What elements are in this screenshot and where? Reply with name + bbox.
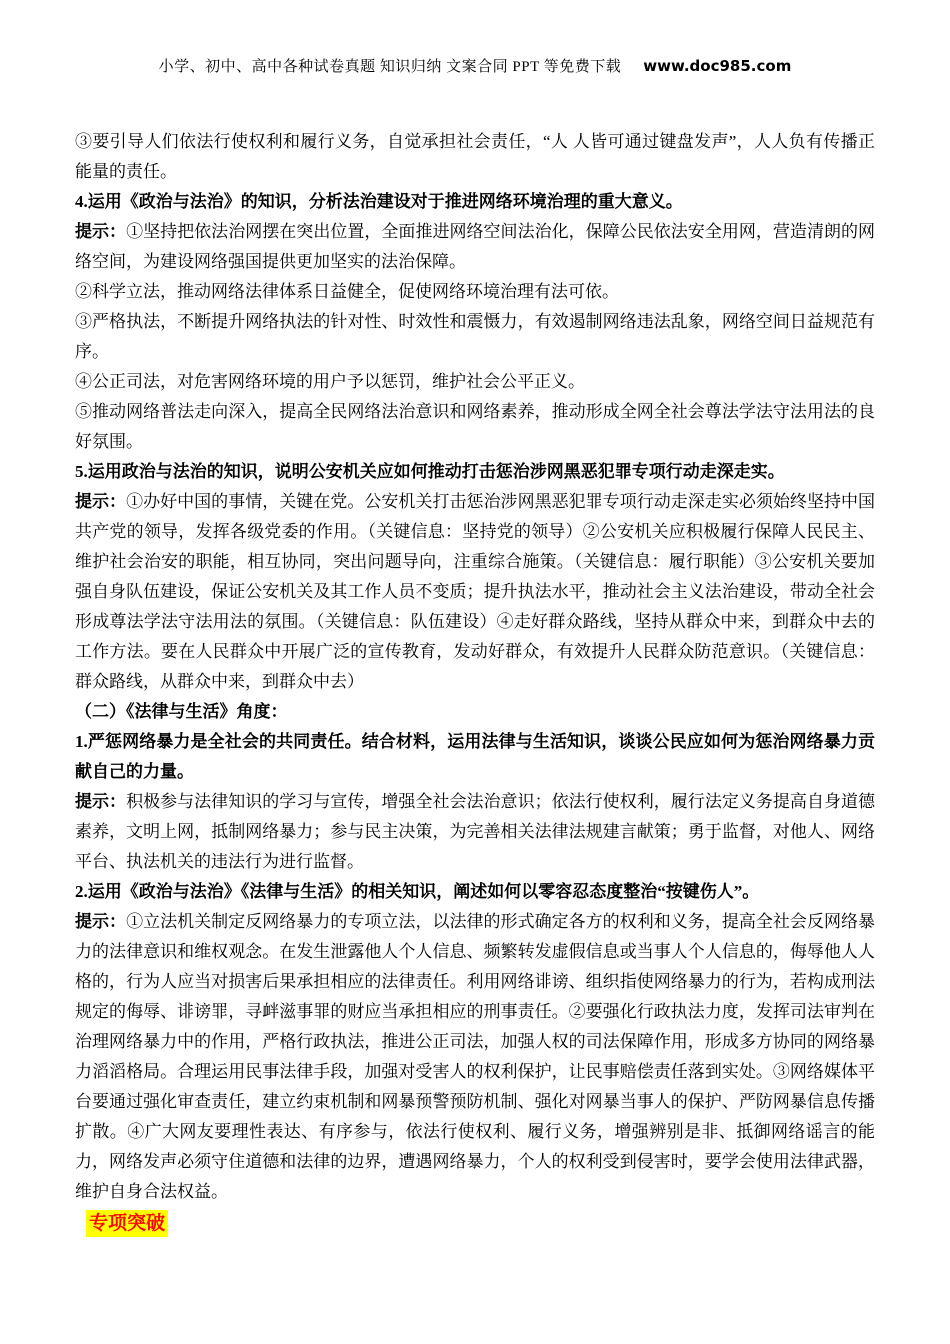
- section-2-heading: （二）《法律与生活》角度：: [75, 697, 875, 727]
- paragraph-text: ④公正司法，对危害网络环境的用户予以惩罚，维护社会公平正义。: [75, 372, 585, 391]
- page-header: 小学、初中、高中各种试卷真题 知识归纳 文案合同 PPT 等免费下载www.do…: [0, 0, 950, 77]
- question-5-hint: 提示：①办好中国的事情，关键在党。公安机关打击惩治涉网黑恶犯罪专项行动走深走实必…: [75, 487, 875, 697]
- paragraph-text: ③要引导人们依法行使权利和履行义务，自觉承担社会责任，“人 人皆可通过键盘发声”…: [75, 132, 875, 181]
- hint-label: 提示：: [75, 222, 126, 241]
- question-4-title: 4.运用《政治与法治》的知识，分析法治建设对于推进网络环境治理的重大意义。: [75, 187, 875, 217]
- paragraph-text: ①立法机关制定反网络暴力的专项立法，以法律的形式确定各方的权利和义务，提高全社会…: [75, 912, 875, 1201]
- paragraph-text: 2.运用《政治与法治》《法律与生活》的相关知识，阐述如何以零容忍态度整治“按键伤…: [75, 882, 759, 901]
- question-4-hint-point-2: ②科学立法，推动网络法律体系日益健全，促使网络环境治理有法可依。: [75, 277, 875, 307]
- paragraph-text: ③严格执法，不断提升网络执法的针对性、时效性和震慑力，有效遏制网络违法乱象，网络…: [75, 312, 875, 361]
- special-breakthrough-row: 专项突破: [75, 1209, 875, 1239]
- question-4-hint-point-3: ③严格执法，不断提升网络执法的针对性、时效性和震慑力，有效遏制网络违法乱象，网络…: [75, 307, 875, 367]
- document-body: ③要引导人们依法行使权利和履行义务，自觉承担社会责任，“人 人皆可通过键盘发声”…: [75, 127, 875, 1239]
- answer-point-3-continued: ③要引导人们依法行使权利和履行义务，自觉承担社会责任，“人 人皆可通过键盘发声”…: [75, 127, 875, 187]
- hint-label: 提示：: [75, 792, 126, 811]
- paragraph-text: （二）《法律与生活》角度：: [75, 702, 288, 721]
- section2-question-1-hint: 提示：积极参与法律知识的学习与宣传，增强全社会法治意识；依法行使权利，履行法定义…: [75, 787, 875, 877]
- paragraph-text: ⑤推动网络普法走向深入，提高全民网络法治意识和网络素养，推动形成全网全社会尊法学…: [75, 402, 875, 451]
- paragraph-text: 积极参与法律知识的学习与宣传，增强全社会法治意识；依法行使权利，履行法定义务提高…: [75, 792, 875, 871]
- paragraph-text: 4.运用《政治与法治》的知识，分析法治建设对于推进网络环境治理的重大意义。: [75, 192, 683, 211]
- paragraph-text: 5.运用政治与法治的知识，说明公安机关应如何推动打击惩治涉网黑恶犯罪专项行动走深…: [75, 462, 785, 481]
- question-4-hint-point-5: ⑤推动网络普法走向深入，提高全民网络法治意识和网络素养，推动形成全网全社会尊法学…: [75, 397, 875, 457]
- header-site-url: www.doc985.com: [643, 57, 791, 75]
- paragraph-text: 1.严惩网络暴力是全社会的共同责任。结合材料，运用法律与生活知识，谈谈公民应如何…: [75, 732, 875, 781]
- hint-label: 提示：: [75, 492, 126, 511]
- section2-question-1-title: 1.严惩网络暴力是全社会的共同责任。结合材料，运用法律与生活知识，谈谈公民应如何…: [75, 727, 875, 787]
- question-5-title: 5.运用政治与法治的知识，说明公安机关应如何推动打击惩治涉网黑恶犯罪专项行动走深…: [75, 457, 875, 487]
- paragraph-text: ①坚持把依法治网摆在突出位置，全面推进网络空间法治化，保障公民依法安全用网，营造…: [75, 222, 875, 271]
- header-promo-text: 小学、初中、高中各种试卷真题 知识归纳 文案合同 PPT 等免费下载: [159, 59, 622, 75]
- hint-label: 提示：: [75, 912, 126, 931]
- question-4-hint-point-4: ④公正司法，对危害网络环境的用户予以惩罚，维护社会公平正义。: [75, 367, 875, 397]
- section2-question-2-title: 2.运用《政治与法治》《法律与生活》的相关知识，阐述如何以零容忍态度整治“按键伤…: [75, 877, 875, 907]
- paragraph-text: ①办好中国的事情，关键在党。公安机关打击惩治涉网黑恶犯罪专项行动走深走实必须始终…: [75, 492, 875, 691]
- question-4-hint: 提示：①坚持把依法治网摆在突出位置，全面推进网络空间法治化，保障公民依法安全用网…: [75, 217, 875, 277]
- document-page: 小学、初中、高中各种试卷真题 知识归纳 文案合同 PPT 等免费下载www.do…: [0, 0, 950, 1344]
- special-breakthrough-badge: 专项突破: [86, 1210, 168, 1237]
- section2-question-2-hint: 提示：①立法机关制定反网络暴力的专项立法，以法律的形式确定各方的权利和义务，提高…: [75, 907, 875, 1207]
- paragraph-text: ②科学立法，推动网络法律体系日益健全，促使网络环境治理有法可依。: [75, 282, 619, 301]
